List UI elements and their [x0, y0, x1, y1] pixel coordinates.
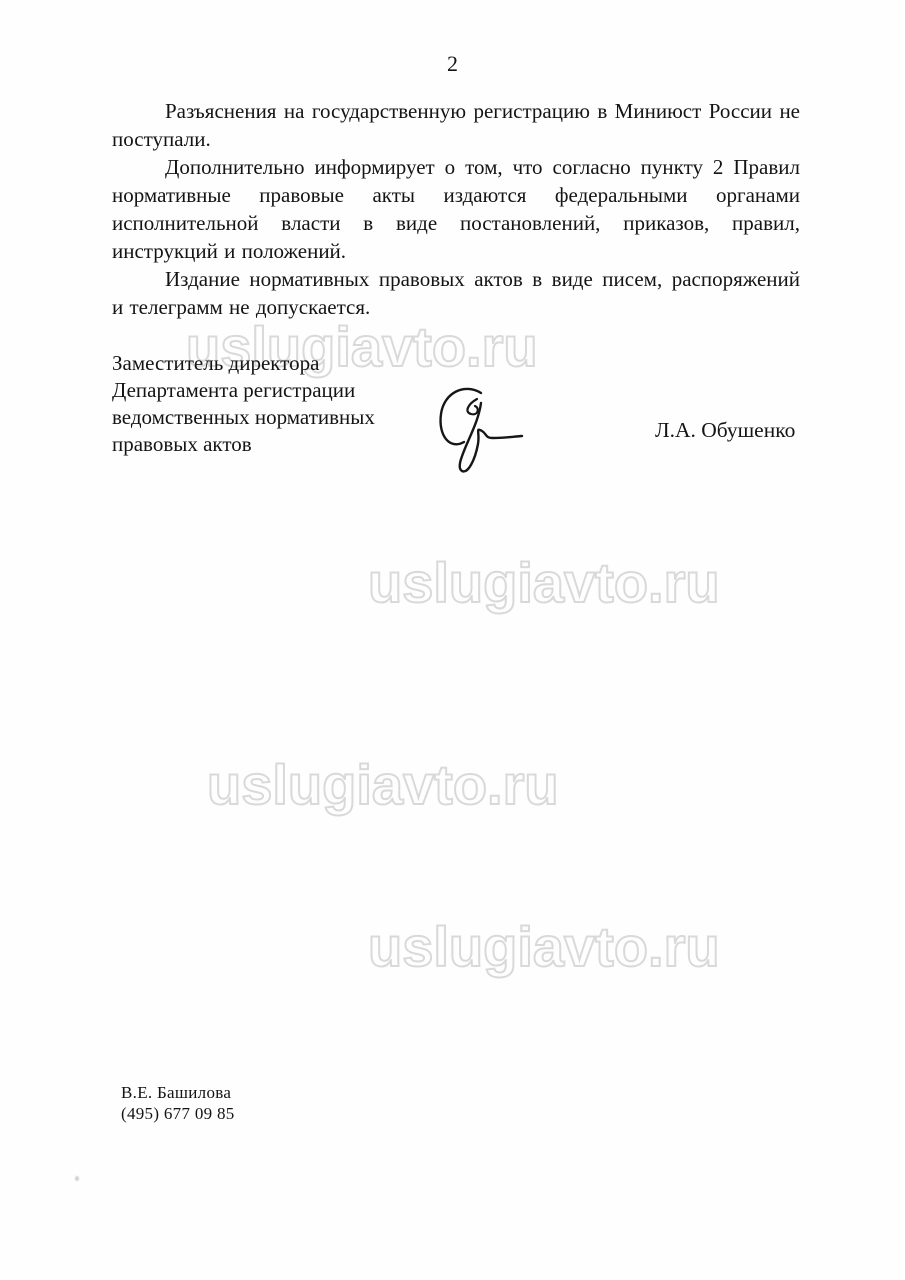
signatory-title-line: правовых актов [112, 431, 442, 458]
watermark-text: uslugiavto.ru [368, 555, 720, 611]
paragraph: Издание нормативных правовых актов в вид… [112, 265, 800, 321]
text-line: Издание нормативных правовых актов в вид… [112, 265, 800, 293]
signatory-title-line: Департамента регистрации [112, 377, 442, 404]
text-line: Разъяснения на государственную регистрац… [112, 97, 800, 125]
text-line: Дополнительно информирует о том, что сог… [112, 153, 800, 181]
signatory-title-line: Заместитель директора [112, 350, 442, 377]
text-line: поступали. [112, 125, 800, 153]
paragraph: Дополнительно информирует о том, что сог… [112, 153, 800, 265]
signatory-title-line: ведомственных нормативных [112, 404, 442, 431]
text-line: нормативные правовые акты издаются федер… [112, 181, 800, 209]
body-text: Разъяснения на государственную регистрац… [112, 97, 800, 321]
contact-name: В.Е. Башилова [121, 1082, 235, 1103]
page-number: 2 [0, 50, 905, 78]
text-line: инструкций и положений. [112, 237, 800, 265]
watermark-text: uslugiavto.ru [368, 919, 720, 975]
signer-name: Л.А. Обушенко [655, 417, 795, 444]
signatory-title-block: Заместитель директора Департамента регис… [112, 350, 442, 458]
document-page: uslugiavto.ru uslugiavto.ru uslugiavto.r… [0, 0, 905, 1280]
executor-contact: В.Е. Башилова (495) 677 09 85 [121, 1082, 235, 1124]
contact-phone: (495) 677 09 85 [121, 1103, 235, 1124]
handwritten-signature [422, 380, 532, 476]
watermark-text: uslugiavto.ru [207, 757, 559, 813]
scan-speck [75, 1176, 79, 1181]
text-line: исполнительной власти в виде постановлен… [112, 209, 800, 237]
paragraph: Разъяснения на государственную регистрац… [112, 97, 800, 153]
